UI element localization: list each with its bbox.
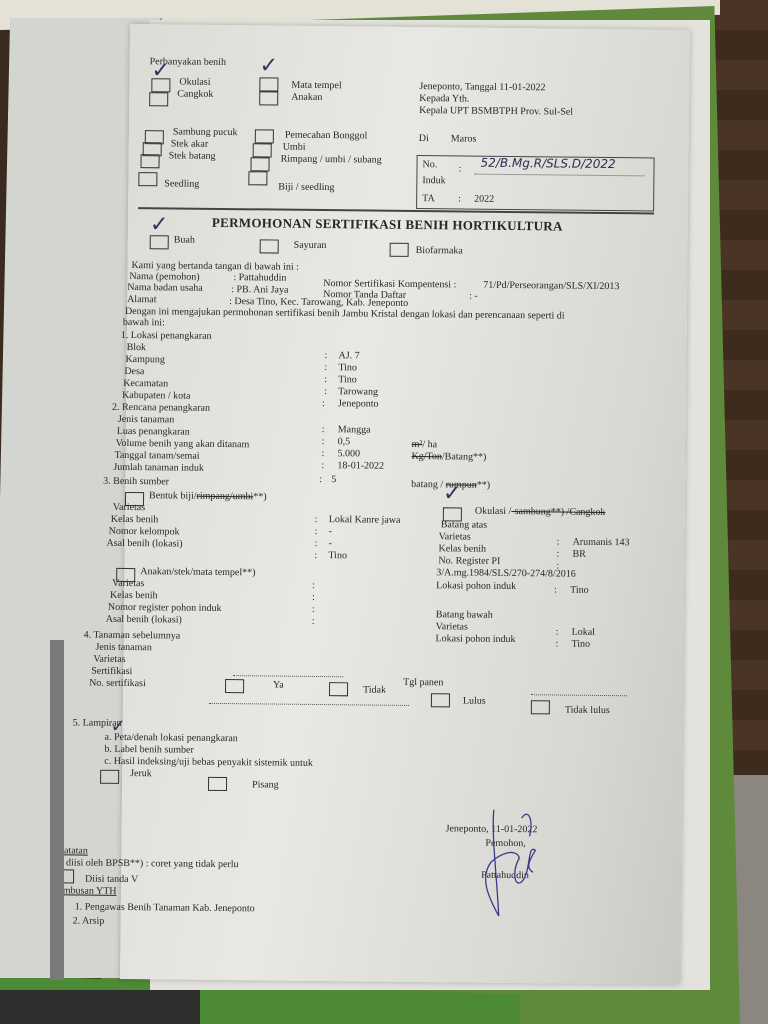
checkbox-cangkok[interactable] xyxy=(149,92,168,106)
method-label: Cangkok xyxy=(177,88,213,99)
colon: : xyxy=(324,350,327,361)
method-label: Anakan xyxy=(291,92,322,103)
category-label: Buah xyxy=(174,234,195,245)
colon: : xyxy=(312,604,315,615)
form-field-text: Lokal Kanre jawa xyxy=(329,514,401,526)
cc-item: 1. Pengawas Benih Tanaman Kab. Jeneponto xyxy=(75,901,255,914)
form-field-text: Desa xyxy=(124,366,144,377)
method-label: Umbi xyxy=(283,142,306,153)
checkbox-ya[interactable] xyxy=(225,679,244,693)
form-field-text: Lokasi pohon induk xyxy=(436,633,516,645)
colon: : xyxy=(312,616,315,627)
unit-text: Kg/Ton/Batang**) xyxy=(411,451,486,463)
method-label: Stek akar xyxy=(171,138,209,149)
attachment-option: Pisang xyxy=(252,779,279,790)
colon: : xyxy=(324,374,327,385)
checkmark-icon: ✓ xyxy=(151,60,170,82)
checkbox-sayuran[interactable] xyxy=(260,239,279,253)
applicant-name-label: Nama (pemohon) xyxy=(129,271,199,283)
form-field-text: Tarowang xyxy=(338,386,378,397)
attachment-item: b. Label benih sumber xyxy=(104,744,194,756)
unit-value: /Batang**) xyxy=(442,451,487,462)
section-2-title: 2. Rencana penangkaran xyxy=(112,402,210,414)
colon: : xyxy=(556,548,559,559)
graft-label: Okulasi /-sambung**) /Cangkok xyxy=(475,506,606,518)
harvest-label: Tgl panen xyxy=(403,677,443,688)
form-field-text: Tino xyxy=(338,362,357,373)
scion-title: Batang atas xyxy=(441,519,487,530)
di-label: Di xyxy=(419,133,429,144)
checkbox-biji-seedling[interactable] xyxy=(248,171,267,185)
checkmark-icon: ✓ xyxy=(259,55,278,77)
form-field-text: Sertifikasi xyxy=(91,666,132,677)
form-field-text: Tanggal tanam/semai xyxy=(114,450,199,462)
form-field-text: Varietas xyxy=(93,654,125,665)
form-field-text: Jenis tanaman xyxy=(95,642,151,654)
recipient-line: Kepada Yth. xyxy=(419,93,469,105)
induk-label: Induk xyxy=(422,175,445,186)
scion-register: 3/A.mg.1984/SLS/270-274/8/2016 xyxy=(436,567,576,579)
form-field-text: Tino xyxy=(571,639,590,650)
vegetative-label: Anakan/stek/mata tempel**) xyxy=(140,566,255,578)
colon: : xyxy=(322,398,325,409)
form-field-text: Kabupaten / kota xyxy=(122,390,190,402)
method-label: Mata tempel xyxy=(291,80,341,92)
form-field-text: Kelas benih xyxy=(111,514,159,525)
fail-label: Tidak lulus xyxy=(565,705,610,716)
form-field-text: Blok xyxy=(127,342,147,353)
di-value: Maros xyxy=(451,133,477,144)
form-field-text: Luas penangkaran xyxy=(117,426,190,438)
colon: : xyxy=(458,193,461,204)
scion-location-label: Lokasi pohon induk xyxy=(436,580,516,592)
struck-text: rimpang/umbi xyxy=(197,491,254,503)
dotted-line xyxy=(209,703,409,706)
notes-line: Diisi tanda V xyxy=(85,874,138,886)
colon: : xyxy=(555,638,558,649)
form-field-text: Kelas benih xyxy=(438,543,486,554)
company-value: : PB. Ani Jaya xyxy=(231,284,288,296)
label-tail: **) xyxy=(253,491,266,502)
struck-unit: m² xyxy=(412,439,423,450)
form-field-text: Varietas xyxy=(436,621,468,632)
ta-value: 2022 xyxy=(474,194,494,205)
form-field-text: Varietas xyxy=(112,578,144,589)
label-text: Bentuk biji/ xyxy=(149,490,197,501)
form-field-text: Jenis tanaman xyxy=(118,414,174,426)
form-field-text: - xyxy=(329,526,332,537)
colon: : xyxy=(324,386,327,397)
checkmark-icon: ✓ xyxy=(150,214,169,236)
colon: : xyxy=(321,460,324,471)
method-label: Rimpang / umbi / subang xyxy=(281,154,382,166)
binder-edge xyxy=(50,640,64,980)
colon: : xyxy=(319,474,322,485)
method-label: Okulasi xyxy=(179,77,210,88)
checkbox-biofarmaka[interactable] xyxy=(390,243,409,257)
request-text: Dengan ini mengajukan permohonan sertifi… xyxy=(125,306,565,322)
form-field-text: 18-01-2022 xyxy=(337,460,384,471)
checkbox-jeruk[interactable] xyxy=(100,770,119,784)
form-field-text: Jumlah tanaman induk xyxy=(113,462,204,474)
seed-form-label: Bentuk biji/rimpang/umbi**) xyxy=(149,490,267,502)
unit-text: batang / xyxy=(411,479,446,490)
checkbox-mata-tempel[interactable] xyxy=(259,77,278,91)
checkbox-lulus[interactable] xyxy=(431,693,450,707)
section-1-title: 1. Lokasi penangkaran xyxy=(121,330,212,342)
form-field-text: BR xyxy=(572,549,585,560)
rug xyxy=(0,990,200,1024)
colon: : xyxy=(315,514,318,525)
colon: : xyxy=(324,362,327,373)
unit-text: m²/ ha xyxy=(412,439,438,450)
struck-text: -sambung**) /Cangkok xyxy=(511,506,605,518)
form-field-text: Arumanis 143 xyxy=(573,537,630,549)
ta-label: TA xyxy=(422,193,435,204)
struck-unit: Kg/Ton xyxy=(411,451,442,462)
colon: : xyxy=(322,436,325,447)
checkbox-umbi[interactable] xyxy=(253,143,272,157)
address-label: Alamat xyxy=(127,294,157,305)
checkmark-icon: ✓ xyxy=(111,718,126,736)
form-field-text: 5.000 xyxy=(337,448,360,459)
form-field-text: Varietas xyxy=(113,502,145,513)
form-field-text: Kelas benih xyxy=(110,590,158,601)
label-text: Okulasi / xyxy=(475,506,512,517)
method-label: Seedling xyxy=(164,178,199,189)
checkbox-pisang[interactable] xyxy=(208,777,227,791)
cert-competence-value: 71/Pd/Perseorangan/SLS/XI/2013 xyxy=(483,280,619,292)
checkbox-tidak[interactable] xyxy=(329,682,348,696)
form-field-text: Tino xyxy=(338,374,357,385)
form-field-text: No. sertifikasi xyxy=(89,678,146,690)
unit-tail: **) xyxy=(477,480,490,491)
form-field-text: Nomor kelompok xyxy=(109,526,180,538)
attachment-option: Jeruk xyxy=(130,768,152,779)
colon: : xyxy=(322,424,325,435)
form-field-text: Volume benih yang akan ditanam xyxy=(116,438,250,450)
colon: : xyxy=(321,448,324,459)
section-3-title: 3. Benih sumber xyxy=(103,476,169,488)
method-label: Pemecahan Bonggol xyxy=(285,130,368,142)
form-field-text: Asal benih (lokasi) xyxy=(107,538,183,550)
section-4-title: 4. Tanaman sebelumnya xyxy=(84,630,181,642)
dotted-line xyxy=(233,675,343,677)
checkmark-icon: ✓ xyxy=(443,483,462,505)
checkbox-tidak-lulus[interactable] xyxy=(531,700,550,714)
form-field-text: Kecamatan xyxy=(123,378,168,389)
seed-origin-value: Tino xyxy=(328,550,347,561)
form-field-text: Varietas xyxy=(439,531,471,542)
colon: : xyxy=(314,550,317,561)
form-field-text: Kampung xyxy=(125,354,165,365)
signature-scribble xyxy=(471,798,552,929)
checkbox-anakan[interactable] xyxy=(259,91,278,105)
form-field-text: 0,5 xyxy=(338,436,351,447)
form-field-text: AJ. 7 xyxy=(338,350,359,361)
yes-label: Ya xyxy=(273,680,284,691)
method-label: Biji / seedling xyxy=(278,182,334,194)
cc-item: 2. Arsip xyxy=(73,915,105,926)
pass-label: Lulus xyxy=(463,696,486,707)
no-label: Tidak xyxy=(363,684,386,695)
no-value: 52/B.Mg.R/SLS.D/2022 xyxy=(480,156,615,171)
colon: : xyxy=(315,538,318,549)
applicant-name-value: : Pattahuddin xyxy=(233,272,286,284)
section-3-title-value: 5 xyxy=(331,474,336,485)
request-text: bawah ini: xyxy=(123,317,165,328)
section-2-title-value: Jeneponto xyxy=(338,398,379,409)
form-field-text: No. Register PI xyxy=(438,555,500,567)
no-label: No. xyxy=(422,159,437,170)
form-field-text: - xyxy=(329,538,332,549)
notes-line: *) diisi oleh BPSB**) : coret yang tidak… xyxy=(55,857,238,870)
category-label: Sayuran xyxy=(294,240,327,251)
attachment-item: c. Hasil indeksing/uji bebas penyakit si… xyxy=(104,756,313,769)
checkbox-pemecahan-bonggol[interactable] xyxy=(255,129,274,143)
recipient-line: Kepala UPT BSMBTPH Prov. Sul-Sel xyxy=(419,105,573,118)
form-title: PERMOHONAN SERTIFIKASI BENIH HORTIKULTUR… xyxy=(212,215,563,235)
form-field-text: Mangga xyxy=(338,424,371,435)
method-label: Sambung pucuk xyxy=(173,126,238,138)
colon: : xyxy=(312,580,315,591)
checkbox-stek-batang[interactable] xyxy=(140,154,159,168)
reg-number-value: : - xyxy=(469,291,478,302)
company-label: Nama badan usaha xyxy=(127,282,203,294)
checkbox-seedling[interactable] xyxy=(138,172,157,186)
colon: : xyxy=(315,526,318,537)
unit-value: / ha xyxy=(422,439,437,450)
certification-form: Perbanyakan benih ✓ Okulasi Cangkok ✓ Ma… xyxy=(120,24,690,985)
checkbox-rimpang[interactable] xyxy=(250,157,269,171)
colon: : xyxy=(557,536,560,547)
colon: : xyxy=(458,163,461,174)
category-label: Biofarmaka xyxy=(416,245,463,256)
colon: : xyxy=(556,560,559,571)
form-field-text: Nomor register pohon induk xyxy=(108,602,222,614)
method-label: Stek batang xyxy=(169,150,216,161)
colon: : xyxy=(556,626,559,637)
rootstock-title: Batang bawah xyxy=(436,609,493,621)
form-field-text: Lokal xyxy=(572,627,595,638)
form-field-text: Asal benih (lokasi) xyxy=(106,614,182,626)
place-date: Jeneponto, Tanggal 11-01-2022 xyxy=(419,81,545,93)
colon: : xyxy=(554,584,557,595)
scion-location-value: Tino xyxy=(570,585,589,596)
dotted-line xyxy=(531,694,627,696)
colon: : xyxy=(312,592,315,603)
